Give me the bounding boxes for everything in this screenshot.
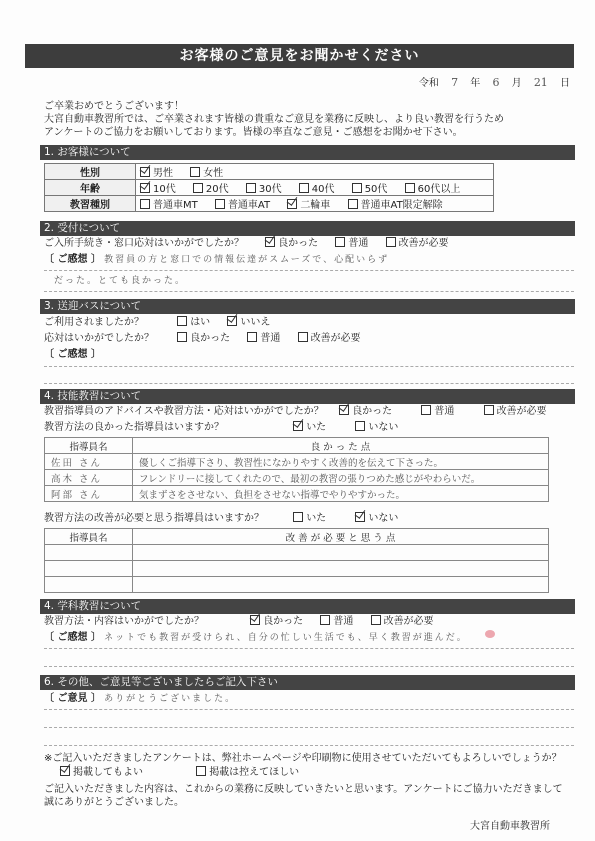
age-50s-option[interactable]: 50代 <box>352 184 388 195</box>
section-header-reception: 2. 受付について <box>40 221 575 236</box>
good-instructors-table: 指導員名 良 か っ た 点 佐田 さん 優しくご指導下さり、教習性になかりやす… <box>44 437 549 502</box>
option-label: 良かった <box>190 333 230 344</box>
reception-normal-option[interactable]: 普通 <box>335 238 368 249</box>
reception-impression-text[interactable]: 教習員の方と窓口での情報伝達がスムーズで、心配いらず <box>104 255 389 265</box>
checkbox-checked-icon[interactable] <box>60 766 70 776</box>
option-label: 普通 <box>333 616 353 627</box>
course-mt-option[interactable]: 普通車MT <box>140 200 198 211</box>
checkbox-icon[interactable] <box>355 421 365 431</box>
option-label: 普通車MT <box>153 200 198 211</box>
option-label: 改善が必要 <box>384 616 434 627</box>
instructor-comment[interactable] <box>133 561 549 577</box>
skills-q2: 教習方法の良かった指導員はいますか？ <box>44 421 290 435</box>
closing-line: ご記入いただきました内容は、これからの業務に反映していきたいと思います。アンケー… <box>44 783 564 796</box>
reception-impression-text[interactable]: だった。とても良かった。 <box>54 276 186 286</box>
table-header-row: 指導員名 良 か っ た 点 <box>45 438 549 454</box>
date-field: 令和 7 年 6 月 21 日 <box>340 74 570 89</box>
section-header-customer: 1. お客様について <box>40 145 575 160</box>
closing-line: 誠にありがとうございました。 <box>44 796 564 809</box>
bus-no-option[interactable]: いいえ <box>227 317 270 328</box>
skills-q1-row: 教習指導員のアドバイスや教習方法・応対はいかがでしたか？ 良かった 普通 改善が… <box>44 405 561 419</box>
instructor-name[interactable]: 高木 さん <box>45 470 133 486</box>
checkbox-checked-icon[interactable] <box>140 183 150 193</box>
instructor-name[interactable] <box>45 577 133 593</box>
age-30s-option[interactable]: 30代 <box>246 184 282 195</box>
age-60s-option[interactable]: 60代以上 <box>405 184 461 195</box>
skills-good-option[interactable]: 良かった <box>339 406 392 417</box>
age-options: 10代 20代 30代 40代 50代 60代以上 <box>136 180 494 196</box>
option-label: 30代 <box>259 184 282 195</box>
table-row <box>45 545 549 561</box>
instructor-name[interactable]: 阿部 さん <box>45 486 133 502</box>
instructor-name[interactable]: 佐田 さん <box>45 454 133 470</box>
checkbox-icon[interactable] <box>352 183 362 193</box>
option-label: 良かった <box>263 616 303 627</box>
divider <box>44 270 574 271</box>
intro-line: ご卒業おめでとうございます！ <box>44 100 564 113</box>
consent-options: 掲載してもよい 掲載は控えてほしい <box>60 766 313 780</box>
gender-options: 男性 女性 <box>136 164 494 180</box>
divider <box>44 291 574 292</box>
option-label: 20代 <box>206 184 229 195</box>
intro-text: ご卒業おめでとうございます！ 大宮自動車教習所では、ご卒業されます皆様の貴重なご… <box>44 100 564 139</box>
opinion-label: 〔 ご意見 〕 <box>44 693 101 704</box>
option-label: 女性 <box>203 168 223 179</box>
option-label: いた <box>306 513 326 524</box>
option-label: いない <box>368 422 398 433</box>
course-at-release-option[interactable]: 普通車AT限定解除 <box>348 200 443 211</box>
instructor-comment[interactable]: フレンドリーに接してくれたので、最初の教習の張りつめた感じがやわらいだ。 <box>133 470 549 486</box>
option-label: 40代 <box>312 184 335 195</box>
date-era: 令和 <box>419 78 439 89</box>
skills-q1: 教習指導員のアドバイスや教習方法・応対はいかがでしたか？ <box>44 405 336 419</box>
instructor-comment[interactable] <box>133 545 549 561</box>
checkbox-icon[interactable] <box>298 332 308 342</box>
option-label: 改善が必要 <box>399 238 449 249</box>
reception-impression-row: 〔 ご感想 〕 教習員の方と窓口での情報伝達がスムーズで、心配いらず <box>44 253 389 267</box>
consent-question: ※ご記入いただきましたアンケートは、弊社ホームページや印刷物に使用させていただい… <box>44 752 562 766</box>
bus-service-row: 応対はいかがでしたか？ 良かった 普通 改善が必要 <box>44 332 375 346</box>
reception-question-row: ご入所手続き・窓口応対はいかがでしたか？ 良かった 普通 改善が必要 <box>44 237 463 251</box>
checkbox-checked-icon[interactable] <box>339 405 349 415</box>
checkbox-checked-icon[interactable] <box>250 615 260 625</box>
date-month-label: 月 <box>512 78 522 89</box>
impression-label: 〔 ご感想 〕 <box>44 254 101 265</box>
reception-question: ご入所手続き・窓口応対はいかがでしたか？ <box>44 237 262 251</box>
checkbox-icon[interactable] <box>484 405 494 415</box>
skills-q3-row: 教習方法の改善が必要と思う指導員はいますか？ いた いない <box>44 512 412 526</box>
bus-service-question: 応対はいかがでしたか？ <box>44 332 174 346</box>
option-label: はい <box>190 317 210 328</box>
divider <box>44 709 574 710</box>
option-label: いた <box>306 422 326 433</box>
reception-good-option[interactable]: 良かった <box>265 238 318 249</box>
reception-improve-option[interactable]: 改善が必要 <box>386 238 449 249</box>
academics-good-option[interactable]: 良かった <box>250 616 303 627</box>
age-label: 年齢 <box>45 180 136 196</box>
table-row: 高木 さん フレンドリーに接してくれたので、最初の教習の張りつめた感じがやわらい… <box>45 470 549 486</box>
school-signature: 大宮自動車教習所 <box>470 817 550 832</box>
divider <box>44 745 574 746</box>
gender-female-option[interactable]: 女性 <box>190 168 223 179</box>
column-header-good-points: 良 か っ た 点 <box>133 438 549 454</box>
divider <box>44 648 574 649</box>
academics-impression-row: 〔 ご感想 〕 ネットでも教習が受けられ、自分の忙しい生活でも、早く教習が進んだ… <box>44 631 468 645</box>
table-row: 佐田 さん 優しくご指導下さり、教習性になかりやすく改善的を伝えて下さった。 <box>45 454 549 470</box>
gender-label: 性別 <box>45 164 136 180</box>
intro-line: アンケートのご協力をお願いしております。皆様の率直なご意見・ご感想をお聞かせ下さ… <box>44 126 564 139</box>
option-label: 改善が必要 <box>311 333 361 344</box>
option-label: 良かった <box>352 406 392 417</box>
section-header-academics: 4. 学科教習について <box>40 599 575 614</box>
checkbox-checked-icon[interactable] <box>355 512 365 522</box>
checkbox-icon[interactable] <box>177 316 187 326</box>
checkbox-icon[interactable] <box>348 199 358 209</box>
checkbox-icon[interactable] <box>299 183 309 193</box>
skills-q3: 教習方法の改善が必要と思う指導員はいますか？ <box>44 512 290 526</box>
good-instructor-no-option[interactable]: いない <box>355 422 398 433</box>
checkbox-icon[interactable] <box>247 332 257 342</box>
impression-label: 〔 ご感想 〕 <box>44 632 101 643</box>
skills-normal-option[interactable]: 普通 <box>421 406 454 417</box>
option-label: 普通車AT <box>228 200 270 211</box>
date-day[interactable]: 21 <box>534 76 548 89</box>
impression-label: 〔 ご感想 〕 <box>44 349 101 360</box>
age-20s-option[interactable]: 20代 <box>193 184 229 195</box>
checkbox-icon[interactable] <box>177 332 187 342</box>
course-label: 教習種別 <box>45 196 136 212</box>
other-opinion-text[interactable]: ありがとうございました。 <box>104 694 236 704</box>
column-header-improve-points: 改 善 が 必 要 と 思 う 点 <box>133 529 549 545</box>
checkbox-checked-icon[interactable] <box>265 237 275 247</box>
checkbox-checked-icon[interactable] <box>227 316 237 326</box>
improve-instructor-yes-option[interactable]: いた <box>293 513 326 524</box>
checkbox-icon[interactable] <box>246 183 256 193</box>
date-year[interactable]: 7 <box>451 76 458 89</box>
bus-impression-row: 〔 ご感想 〕 <box>44 348 101 362</box>
consent-allow-option[interactable]: 掲載してもよい <box>60 767 143 778</box>
section-header-skills: 4. 技能教習について <box>40 389 575 404</box>
table-row <box>45 577 549 593</box>
course-options: 普通車MT 普通車AT 二輪車 普通車AT限定解除 <box>136 196 494 212</box>
skills-q2-row: 教習方法の良かった指導員はいますか？ いた いない <box>44 421 412 435</box>
table-row: 阿部 さん 気まずさをさせない、負担をさせない指導でやりやすかった。 <box>45 486 549 502</box>
checkbox-icon[interactable] <box>215 199 225 209</box>
column-header-instructor: 指導員名 <box>45 438 133 454</box>
divider <box>44 383 574 384</box>
age-10s-option[interactable]: 10代 <box>140 184 176 195</box>
other-opinion-row: 〔 ご意見 〕 ありがとうございました。 <box>44 692 236 706</box>
customer-info-table: 性別 男性 女性 年齢 10代 20代 30代 40代 50代 60代以上 教習… <box>44 163 494 212</box>
checkbox-icon[interactable] <box>320 615 330 625</box>
date-year-label: 年 <box>470 78 480 89</box>
checkbox-icon[interactable] <box>193 183 203 193</box>
reception-impression-row-2: だった。とても良かった。 <box>44 274 186 288</box>
bus-normal-option[interactable]: 普通 <box>247 333 280 344</box>
instructor-name[interactable] <box>45 545 133 561</box>
option-label: 10代 <box>153 184 176 195</box>
improve-instructors-table: 指導員名 改 善 が 必 要 と 思 う 点 <box>44 528 549 593</box>
academics-normal-option[interactable]: 普通 <box>320 616 353 627</box>
option-label: 50代 <box>365 184 388 195</box>
bus-usage-question: ご利用されましたか？ <box>44 316 174 330</box>
skills-improve-option[interactable]: 改善が必要 <box>484 406 547 417</box>
divider <box>44 666 574 667</box>
intro-line: 大宮自動車教習所では、ご卒業されます皆様の貴重なご意見を業務に反映し、より良い教… <box>44 113 564 126</box>
option-label: 掲載してもよい <box>73 767 143 778</box>
option-label: 60代以上 <box>418 184 461 195</box>
academics-improve-option[interactable]: 改善が必要 <box>371 616 434 627</box>
divider <box>44 727 574 728</box>
consent-deny-option[interactable]: 掲載は控えてほしい <box>196 767 299 778</box>
option-label: 改善が必要 <box>497 406 547 417</box>
option-label: 普通 <box>348 238 368 249</box>
academics-question: 教習方法・内容はいかがでしたか？ <box>44 615 247 629</box>
option-label: 普通車AT限定解除 <box>361 200 443 211</box>
option-label: 二輪車 <box>300 200 330 211</box>
option-label: 良かった <box>278 238 318 249</box>
section-header-bus: 3. 送迎バスについて <box>40 299 575 314</box>
instructor-name[interactable] <box>45 561 133 577</box>
instructor-comment[interactable]: 優しくご指導下さり、教習性になかりやすく改善的を伝えて下さった。 <box>133 454 549 470</box>
column-header-instructor: 指導員名 <box>45 529 133 545</box>
age-40s-option[interactable]: 40代 <box>299 184 335 195</box>
checkbox-icon[interactable] <box>335 237 345 247</box>
option-label: 普通 <box>434 406 454 417</box>
course-at-option[interactable]: 普通車AT <box>215 200 270 211</box>
checkbox-icon[interactable] <box>405 183 415 193</box>
academics-question-row: 教習方法・内容はいかがでしたか？ 良かった 普通 改善が必要 <box>44 615 448 629</box>
checkbox-icon[interactable] <box>293 512 303 522</box>
checkbox-checked-icon[interactable] <box>293 421 303 431</box>
option-label: いない <box>368 513 398 524</box>
option-label: いいえ <box>240 317 270 328</box>
date-day-label: 日 <box>560 78 570 89</box>
closing-text: ご記入いただきました内容は、これからの業務に反映していきたいと思います。アンケー… <box>44 783 564 809</box>
bus-usage-row: ご利用されましたか？ はい いいえ <box>44 316 284 330</box>
checkbox-icon[interactable] <box>140 199 150 209</box>
checkbox-icon[interactable] <box>196 766 206 776</box>
checkbox-icon[interactable] <box>371 615 381 625</box>
option-label: 普通 <box>260 333 280 344</box>
academics-impression-text[interactable]: ネットでも教習が受けられ、自分の忙しい生活でも、早く教習が進んだ。 <box>104 633 468 643</box>
good-instructor-yes-option[interactable]: いた <box>293 422 326 433</box>
bus-yes-option[interactable]: はい <box>177 317 210 328</box>
table-header-row: 指導員名 改 善 が 必 要 と 思 う 点 <box>45 529 549 545</box>
divider <box>44 366 574 367</box>
date-month[interactable]: 6 <box>492 76 499 89</box>
bus-improve-option[interactable]: 改善が必要 <box>298 333 361 344</box>
improve-instructor-no-option[interactable]: いない <box>355 513 398 524</box>
instructor-comment[interactable]: 気まずさをさせない、負担をさせない指導でやりやすかった。 <box>133 486 549 502</box>
section-header-other: 6. その他、ご意見等ございましたらご記入下さい <box>40 675 575 690</box>
course-motorcycle-option[interactable]: 二輪車 <box>287 200 330 211</box>
checkbox-checked-icon[interactable] <box>140 167 150 177</box>
option-label: 掲載は控えてほしい <box>209 767 299 778</box>
form-title: お客様のご意見をお聞かせください <box>25 44 574 68</box>
red-ink-mark <box>485 630 495 638</box>
option-label: 男性 <box>153 168 173 179</box>
bus-good-option[interactable]: 良かった <box>177 333 230 344</box>
instructor-comment[interactable] <box>133 577 549 593</box>
checkbox-checked-icon[interactable] <box>287 199 297 209</box>
checkbox-icon[interactable] <box>421 405 431 415</box>
checkbox-icon[interactable] <box>190 167 200 177</box>
table-row <box>45 561 549 577</box>
checkbox-icon[interactable] <box>386 237 396 247</box>
